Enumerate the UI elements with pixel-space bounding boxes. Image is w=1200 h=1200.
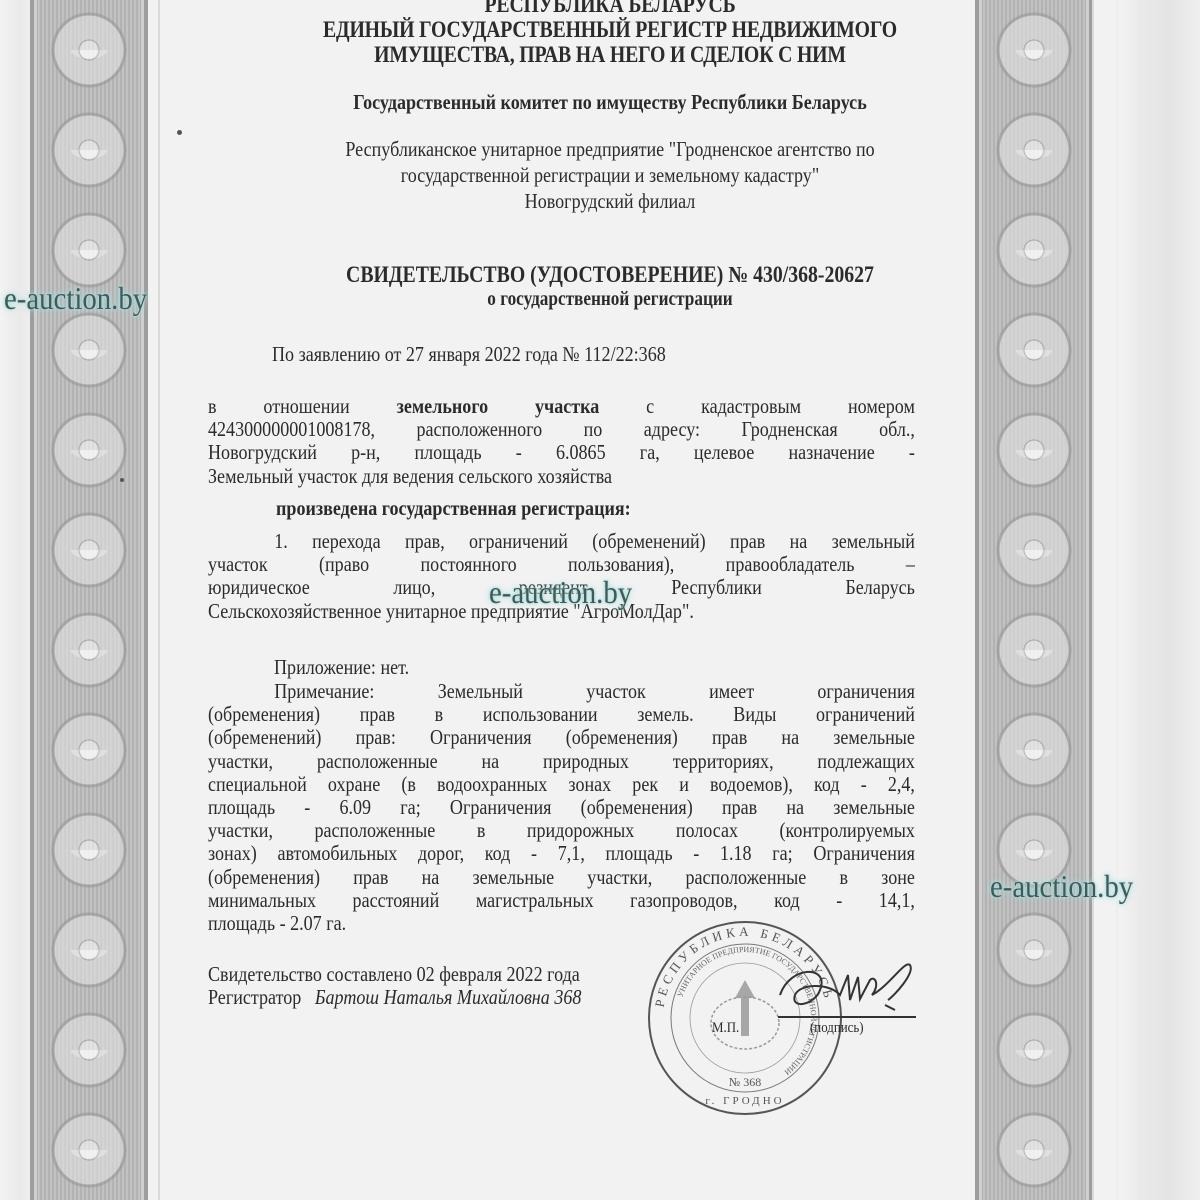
item1-line2: участок (право постоянного пользования),… bbox=[208, 553, 915, 576]
note-line: (обременения) прав в использовании земел… bbox=[208, 703, 915, 726]
country-heading: РЕСПУБЛИКА БЕЛАРУСЬ bbox=[223, 0, 997, 17]
plot-line1: в отношении земельного участка с кадастр… bbox=[208, 395, 915, 418]
note-line: (обременения) прав на земельные участки,… bbox=[208, 866, 915, 889]
agency-block: Республиканское унитарное предприятие "Г… bbox=[223, 136, 997, 214]
handwritten-signature bbox=[760, 955, 920, 1025]
plot-line1-pre: в отношении bbox=[208, 394, 397, 418]
signature-label: (подпись) bbox=[810, 1020, 864, 1037]
note-line: минимальных расстояний магистральных газ… bbox=[208, 889, 915, 912]
note-line: участки, расположенные в придорожных пол… bbox=[208, 819, 915, 842]
inner-border-line-left bbox=[158, 0, 160, 1200]
note-line: участки, расположенные на природных терр… bbox=[208, 750, 915, 773]
committee-name: Государственный комитет по имуществу Рес… bbox=[223, 90, 997, 115]
branch-name: Новогрудский филиал bbox=[223, 188, 997, 214]
plot-line1-post: с кадастровым номером bbox=[599, 394, 915, 418]
watermark: e-auction.by bbox=[990, 868, 1133, 905]
note-line: Примечание: Земельный участок имеет огра… bbox=[208, 680, 915, 703]
note-line: зонах) автомобильных дорог, код - 7,1, п… bbox=[208, 842, 915, 865]
certificate-subtitle: о государственной регистрации bbox=[180, 287, 1040, 311]
item1-line1: 1. перехода прав, ограничений (обременен… bbox=[208, 530, 915, 553]
land-plot-description: в отношении земельного участка с кадастр… bbox=[208, 395, 915, 488]
restrictions-note: Примечание: Земельный участок имеет огра… bbox=[208, 680, 915, 935]
registry-heading-line1: ЕДИНЫЙ ГОСУДАРСТВЕННЫЙ РЕГИСТР НЕДВИЖИМО… bbox=[223, 17, 997, 42]
plot-line2: 424300000001008178, расположенного по ад… bbox=[208, 418, 915, 441]
registrar-name: Бартош Наталья Михайловна 368 bbox=[315, 985, 582, 1009]
seal-place-label: М.П. bbox=[712, 1020, 739, 1037]
plot-line4: Земельный участок для ведения сельского … bbox=[208, 465, 915, 488]
registry-heading-line2: ИМУЩЕСТВА, ПРАВ НА НЕГО И СДЕЛОК С НИМ bbox=[223, 42, 997, 67]
registrar-label: Регистратор bbox=[208, 985, 301, 1009]
certificate-title: СВИДЕТЕЛЬСТВО (УДОСТОВЕРЕНИЕ) № 430/368-… bbox=[180, 262, 1040, 287]
scan-speck bbox=[120, 478, 124, 482]
attachment-note: Приложение: нет. bbox=[274, 656, 981, 679]
stamp-city: г. ГРОДНО bbox=[705, 1095, 784, 1107]
watermark: e-auction.by bbox=[4, 280, 147, 317]
watermark: e-auction.by bbox=[489, 574, 632, 611]
inner-border-line-right bbox=[1092, 0, 1094, 1200]
note-line: (обременений) прав: Ограничения (обремен… bbox=[208, 726, 915, 749]
plot-line3: Новогрудский р-н, площадь - 6.0865 га, ц… bbox=[208, 441, 915, 464]
note-line: площадь - 6.09 га; Ограничения (обремене… bbox=[208, 796, 915, 819]
scan-speck bbox=[177, 130, 182, 135]
header-title: РЕСПУБЛИКА БЕЛАРУСЬ ЕДИНЫЙ ГОСУДАРСТВЕНН… bbox=[223, 0, 997, 67]
agency-line1: Республиканское унитарное предприятие "Г… bbox=[223, 136, 997, 162]
registration-done-heading: произведена государственная регистрация: bbox=[276, 497, 983, 520]
note-line: специальной охране (в водоохранных зонах… bbox=[208, 773, 915, 796]
left-ornamental-border bbox=[30, 0, 148, 1200]
stamp-number: № 368 bbox=[729, 1075, 761, 1089]
application-reference: По заявлению от 27 января 2022 года № 11… bbox=[272, 342, 666, 367]
agency-line2: государственной регистрации и земельному… bbox=[223, 162, 997, 188]
plot-line1-bold: земельного участка bbox=[397, 394, 600, 418]
